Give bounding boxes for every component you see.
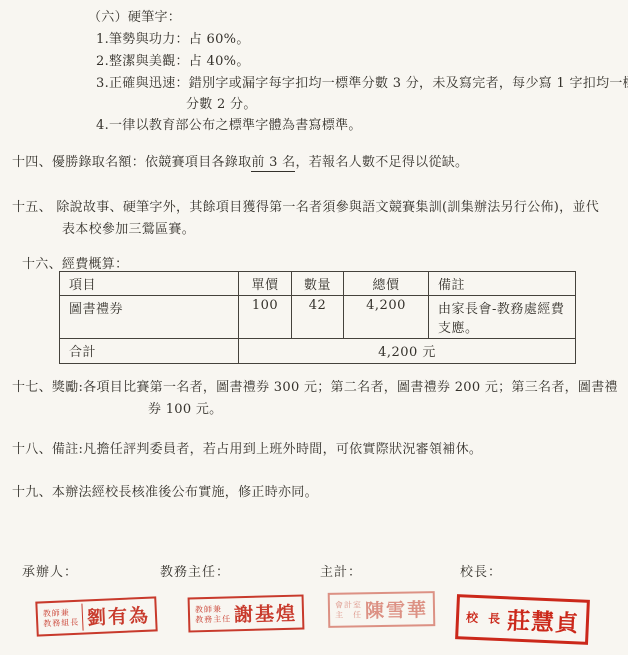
col-header-total: 總價 xyxy=(344,272,429,296)
criteria-item-4: 4.一律以教育部公布之標準字體為書寫標準。 xyxy=(96,114,362,133)
sig-label-accountant: 主計： xyxy=(320,561,362,580)
clause-15-line2: 表本校參加三鶯區賽。 xyxy=(62,218,195,237)
stamp-principal-seal: 校 長 莊慧貞 xyxy=(455,594,590,645)
stamp-accountant-role: 會計室 主 任 xyxy=(335,600,362,620)
clause-19: 十九、本辦法經校長核准後公布實施，修正時亦同。 xyxy=(12,481,318,500)
scanned-document-page: （六）硬筆字： 1.筆勢與功力：占 60%。 2.整潔與美觀：占 40%。 3.… xyxy=(0,0,628,655)
stamp-handler-name: 劉有為 xyxy=(86,601,150,631)
cell-item: 圖書禮券 xyxy=(60,296,239,339)
sig-label-academic-director: 教務主任： xyxy=(160,561,230,580)
clause-16-heading: 十六、經費概算： xyxy=(22,253,128,272)
cell-note-line1: 由家長會-教務處經費 xyxy=(438,298,569,317)
clause-18: 十八、備註:凡擔任評判委員者，若占用到上班外時間，可依實際狀況審領補休。 xyxy=(12,438,482,457)
cell-note-line2: 支應。 xyxy=(438,317,569,336)
col-header-unit-price: 單價 xyxy=(239,272,292,296)
stamp-handler-role-line2: 教務組長 xyxy=(43,617,79,629)
budget-table-total-row: 合計 4,200 元 xyxy=(60,339,576,364)
clause-14-suffix: ，若報名人數不足得以從缺。 xyxy=(295,155,468,170)
stamp-divider xyxy=(81,604,83,631)
stamp-handler-role: 教師兼 教務組長 xyxy=(43,607,80,629)
criteria-item-3-line1: 3.正確與迅速：錯別字或漏字每字扣均一標準分數 3 分，未及寫完者，每少寫 1 … xyxy=(96,72,628,91)
stamp-principal-name: 莊慧貞 xyxy=(506,602,579,638)
cell-note: 由家長會-教務處經費支應。 xyxy=(429,296,576,339)
cell-quantity: 42 xyxy=(292,296,344,339)
stamp-accountant-role-line1: 會計室 xyxy=(335,600,362,610)
stamp-handler-seal: 教師兼 教務組長 劉有為 xyxy=(35,596,157,636)
stamp-principal-role: 校 長 xyxy=(466,609,504,628)
clause-17-line2: 券 100 元。 xyxy=(148,398,222,417)
stamp-academic-director-role-line2: 教務主任 xyxy=(195,614,231,625)
stamp-accountant-name: 陳雪華 xyxy=(365,595,428,623)
clause-15-line1: 十五、 除說故事、硬筆字外，其餘項目獲得第一名者須參與語文競賽集訓(訓集辦法另行… xyxy=(12,196,599,215)
cell-total-value: 4,200 元 xyxy=(239,339,576,364)
stamp-academic-director-role: 教師兼 教務主任 xyxy=(195,604,232,625)
cell-total: 4,200 xyxy=(344,296,429,339)
budget-table: 項目 單價 數量 總價 備註 圖書禮券 100 42 4,200 由家長會-教務… xyxy=(59,271,576,364)
clause-17-line1: 十七、獎勵:各項目比賽第一名者，圖書禮券 300 元；第二名者，圖書禮券 200… xyxy=(12,376,618,395)
col-header-quantity: 數量 xyxy=(292,272,344,296)
clause-14-prefix: 十四、優勝錄取名額：依競賽項目各錄取 xyxy=(12,155,251,170)
stamp-accountant-seal: 會計室 主 任 陳雪華 xyxy=(328,591,436,628)
budget-table-data-row: 圖書禮券 100 42 4,200 由家長會-教務處經費支應。 xyxy=(60,296,576,339)
col-header-item: 項目 xyxy=(60,272,239,296)
col-header-note: 備註 xyxy=(429,272,576,296)
stamp-academic-director-name: 謝基煌 xyxy=(234,599,298,628)
cell-total-label: 合計 xyxy=(60,339,239,364)
sig-label-principal: 校長： xyxy=(460,561,502,580)
sig-label-handler: 承辦人： xyxy=(22,561,78,580)
clause-14-underlined: 前 3 名 xyxy=(251,155,295,172)
criteria-item-1: 1.筆勢與功力：占 60%。 xyxy=(96,28,250,47)
budget-table-header-row: 項目 單價 數量 總價 備註 xyxy=(60,272,576,296)
criteria-item-2: 2.整潔與美觀：占 40%。 xyxy=(96,50,250,69)
clause-14: 十四、優勝錄取名額：依競賽項目各錄取前 3 名，若報名人數不足得以從缺。 xyxy=(12,151,468,170)
stamp-accountant-role-line2: 主 任 xyxy=(335,610,362,620)
stamp-academic-director-seal: 教師兼 教務主任 謝基煌 xyxy=(188,594,305,632)
cell-unit-price: 100 xyxy=(239,296,292,339)
section-six-heading: （六）硬筆字： xyxy=(88,6,181,25)
criteria-item-3-line2: 分數 2 分。 xyxy=(186,93,257,112)
